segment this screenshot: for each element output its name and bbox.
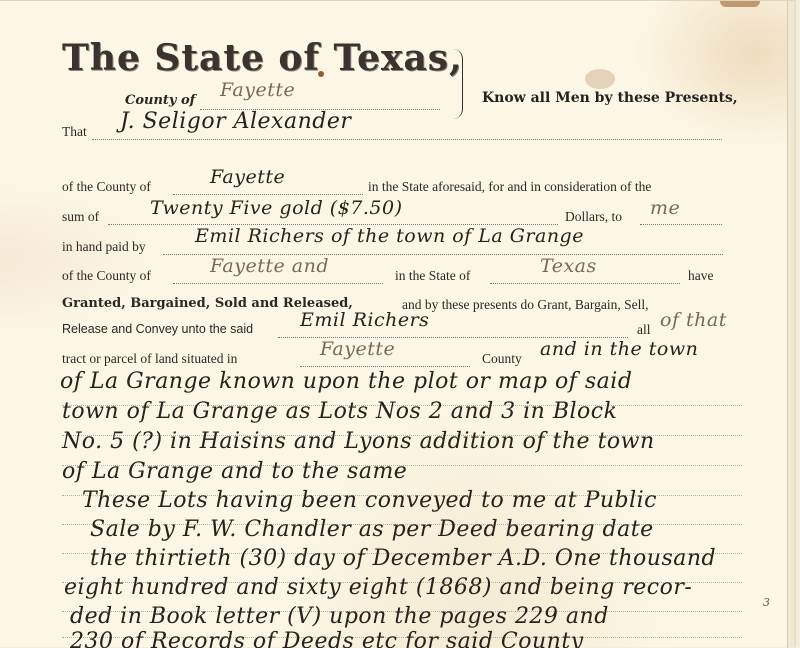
sum-value[interactable]: Twenty Five gold ($7.50) (150, 197, 403, 219)
handwritten-line: No. 5 (?) in Haisins and Lyons addition … (62, 429, 655, 454)
county-field-line (173, 283, 383, 284)
grantor-name[interactable]: J. Seligor Alexander (120, 109, 351, 134)
tract-label: tract or parcel of land situated in (62, 351, 237, 367)
county-label: County (482, 351, 522, 367)
stain (585, 69, 615, 89)
that-label: That (62, 124, 87, 140)
county-of-label: of the County of (62, 179, 151, 195)
handwritten-line: 230 of Records of Deeds etc for said Cou… (70, 629, 584, 648)
tract-county-value[interactable]: Fayette (320, 338, 395, 360)
deed-document: The State of Texas, Know all Men by thes… (0, 0, 796, 647)
dollars-label: Dollars, to (565, 209, 622, 225)
payer-county-value[interactable]: Fayette and (210, 255, 329, 277)
have-label: have (688, 268, 713, 284)
handwritten-line: of La Grange known upon the plot or map … (60, 369, 632, 394)
handwritten-line: ded in Book letter (V) upon the pages 22… (70, 604, 609, 629)
handwritten-line: of La Grange and to the same (62, 459, 407, 484)
margin-mark: 3 (763, 596, 771, 609)
handwritten-line: the thirtieth (30) day of December A.D. … (90, 546, 716, 571)
know-all-men-heading: Know all Men by these Presents, (482, 90, 738, 106)
brace-decoration (452, 49, 463, 119)
payee-value[interactable]: me (650, 197, 680, 219)
state-field-line (490, 283, 680, 284)
state-value[interactable]: Texas (540, 255, 597, 277)
stain (720, 1, 760, 7)
handwritten-line: eight hundred and sixty eight (1868) and… (64, 575, 692, 600)
sum-label: sum of (62, 209, 99, 225)
state-of-label: in the State of (395, 268, 470, 284)
payer-value[interactable]: Emil Richers of the town of La Grange (195, 225, 584, 247)
county-field-line (173, 194, 363, 195)
town-value[interactable]: and in the town (540, 338, 698, 360)
county-field-line (300, 366, 470, 367)
handwritten-line: Sale by F. W. Chandler as per Deed beari… (90, 517, 654, 542)
payee-field-line (640, 224, 722, 225)
paid-by-label: in hand paid by (62, 239, 146, 255)
grantor-field-line (92, 139, 722, 140)
handwritten-line: town of La Grange as Lots Nos 2 and 3 in… (62, 399, 617, 424)
release-convey-label: Release and Convey unto the said (62, 322, 253, 336)
page-edge (787, 1, 794, 648)
all-of-that-value[interactable]: of that (660, 309, 727, 331)
consideration-text: in the State aforesaid, for and in consi… (368, 179, 651, 195)
grant-clause-text: and by these presents do Grant, Bargain,… (402, 297, 648, 313)
grantee-value[interactable]: Emil Richers (300, 309, 429, 331)
county-of-label: of the County of (62, 268, 151, 284)
grantor-county-value[interactable]: Fayette (210, 166, 285, 188)
county-value[interactable]: Fayette (220, 79, 295, 101)
handwritten-line: These Lots having been conveyed to me at… (82, 488, 657, 513)
county-label: County of (125, 93, 195, 108)
all-label: all (637, 322, 651, 338)
document-title: The State of Texas, (62, 37, 463, 79)
